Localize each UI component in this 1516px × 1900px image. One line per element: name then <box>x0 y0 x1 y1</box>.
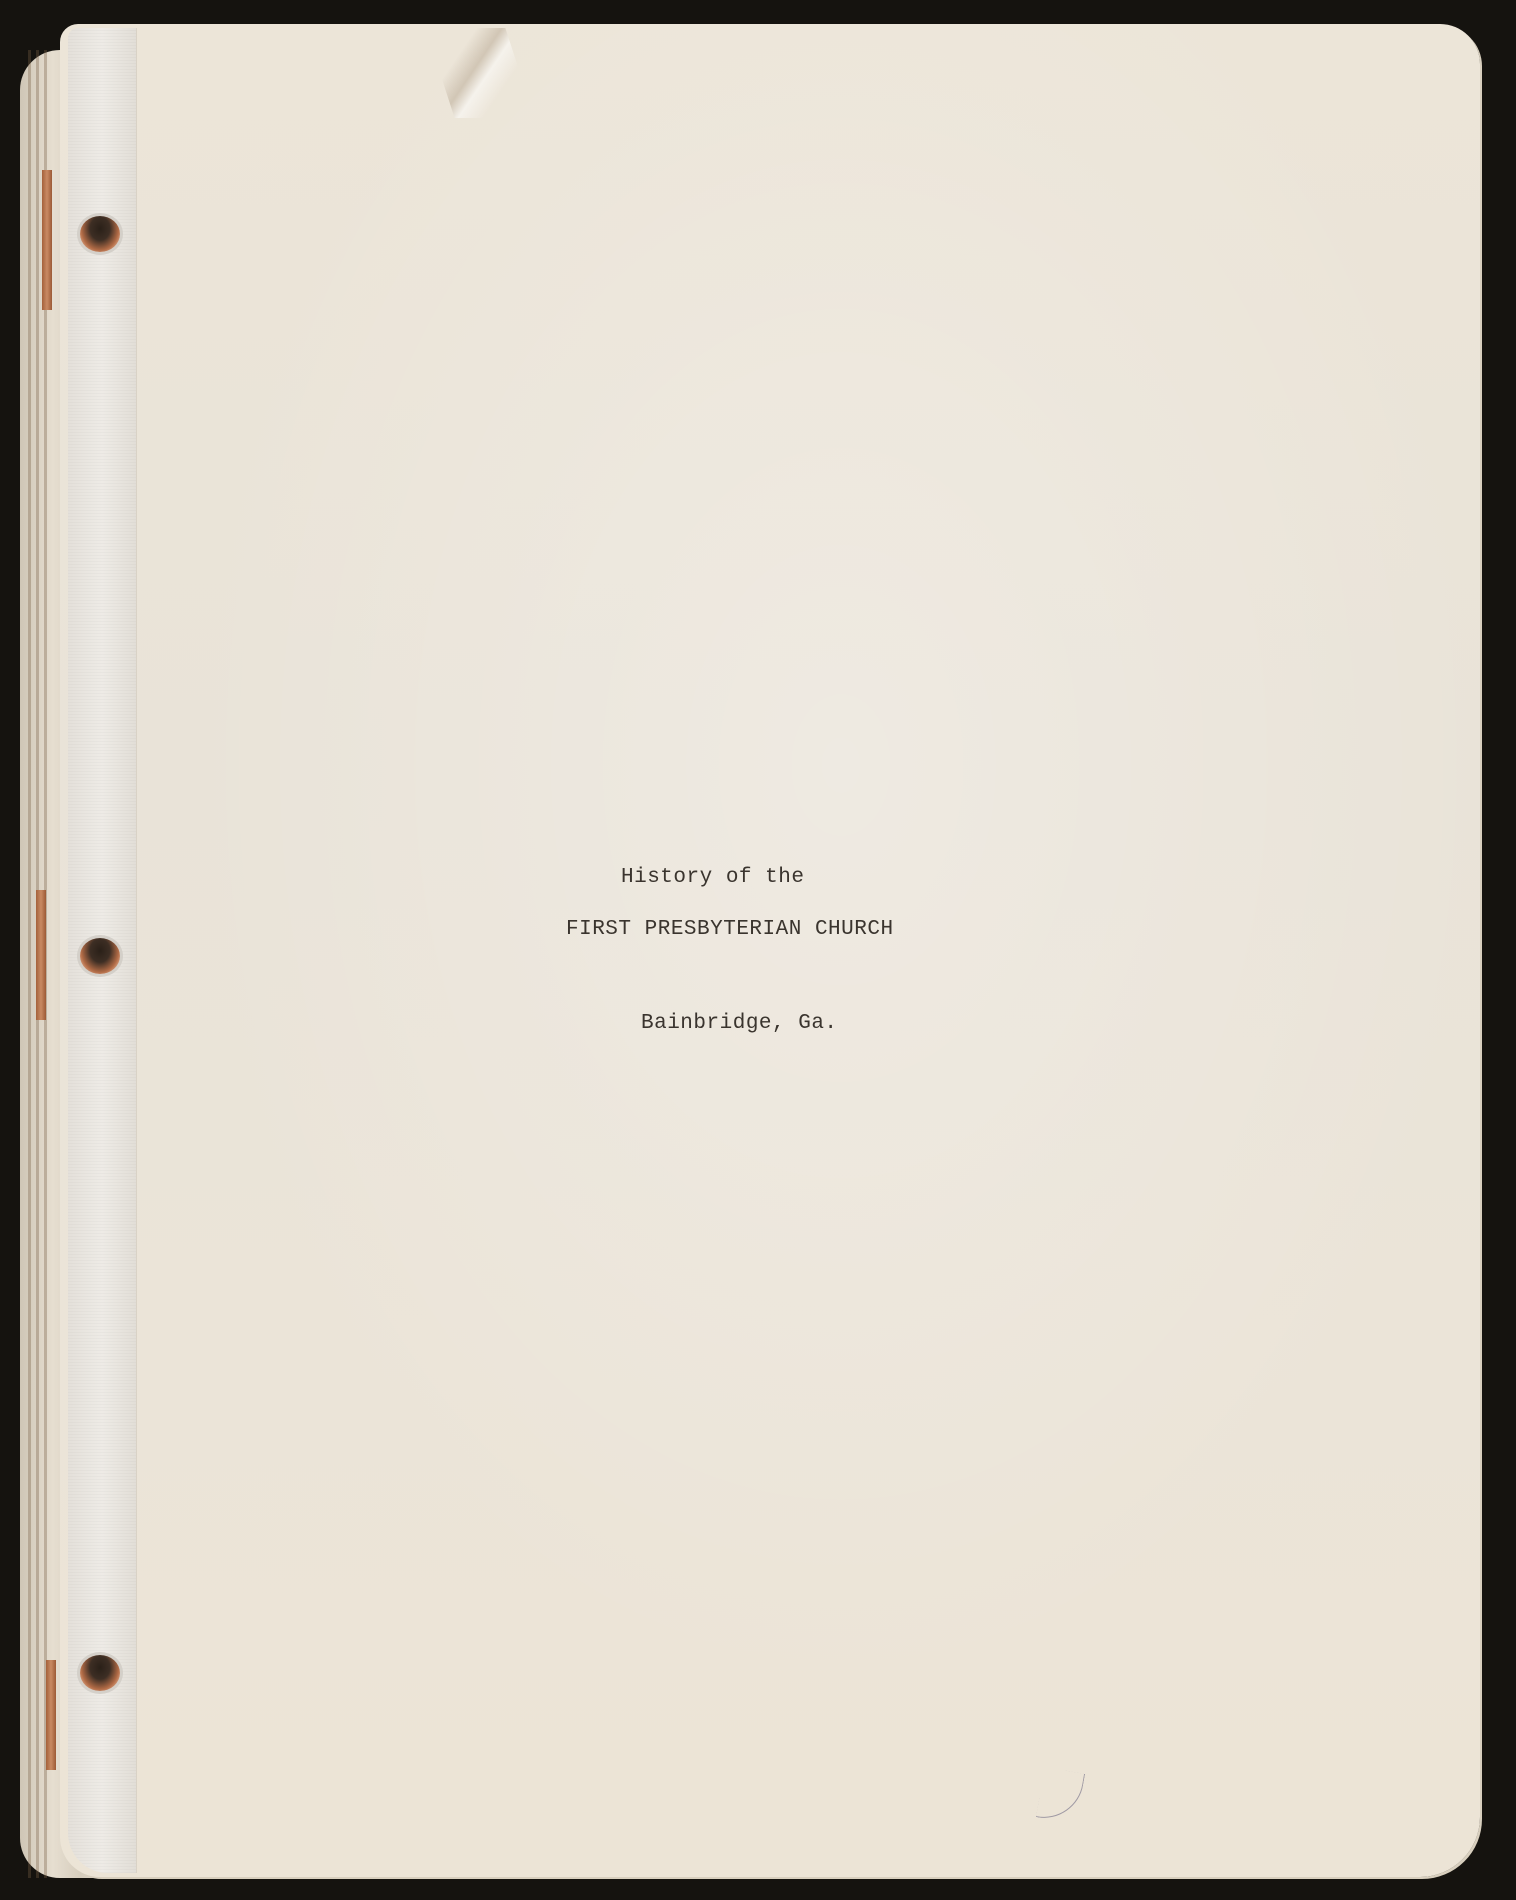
copper-tab <box>36 890 46 1020</box>
copper-tab <box>46 1660 56 1770</box>
binding-hole-bottom <box>80 1655 120 1691</box>
title-line-church-name: FIRST PRESBYTERIAN CHURCH <box>566 918 894 941</box>
scanned-document: History of the FIRST PRESBYTERIAN CHURCH… <box>0 0 1516 1900</box>
title-line-history: History of the <box>621 866 804 889</box>
copper-tab <box>42 170 52 310</box>
page-edge <box>28 50 31 1878</box>
binding-hole-top <box>80 216 120 252</box>
cover-page <box>60 24 1480 1877</box>
binding-hole-middle <box>80 938 120 974</box>
title-line-location: Bainbridge, Ga. <box>641 1012 838 1035</box>
